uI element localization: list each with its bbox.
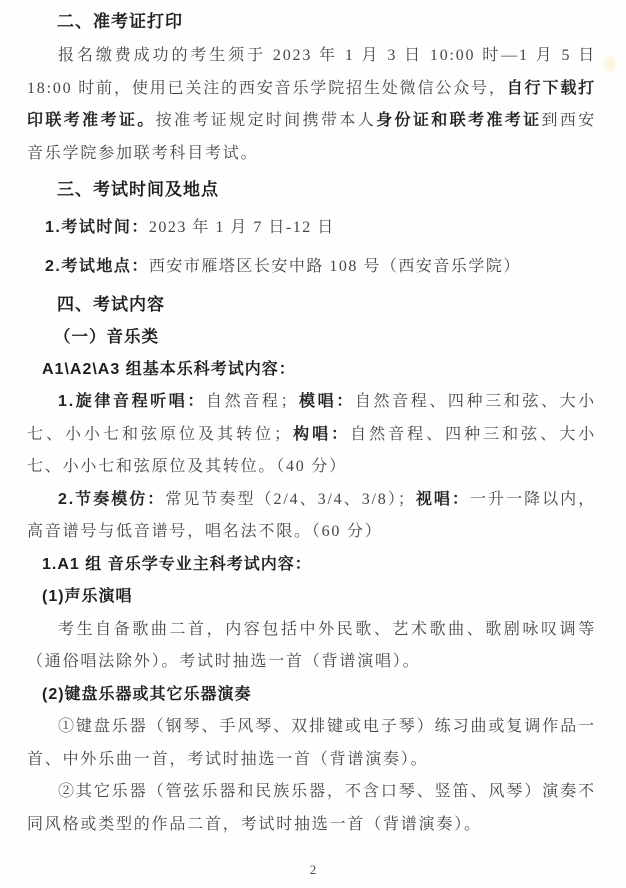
exam-place-item: 2.考试地点：西安市雁塔区长安中路 108 号（西安音乐学院） [27,251,596,284]
exam-place-value: 西安市雁塔区长安中路 108 号（西安音乐学院） [149,258,521,275]
text-run-bold: 视唱： [416,491,470,508]
text-run-bold: 身份证和联考准考证 [376,112,541,129]
exam-time-label: 1.考试时间： [45,219,149,236]
exam-place-label: 2.考试地点： [45,258,149,275]
page-number: 2 [0,862,626,878]
text-run: 自然音程； [206,393,298,410]
text-run: 按准考证规定时间携带本人 [156,112,376,129]
document-page: 二、准考证打印 报名缴费成功的考生须于 2023 年 1 月 3 日 10:00… [0,0,626,888]
section-heading-exam-schedule: 三、考试时间及地点 [27,174,596,206]
text-run: 常见节奏型（2/4、3/4、3/8）； [165,491,415,508]
subsection-heading-music-category: （一）音乐类 [27,321,596,354]
basic-theory-item-1: 1.旋律音程听唱：自然音程；模唱：自然音程、四种三和弦、大小七、小小七和弦原位及… [27,386,596,484]
exam-time-value: 2023 年 1 月 7 日-12 日 [149,219,335,236]
basic-theory-item-2: 2.节奏模仿：常见节奏型（2/4、3/4、3/8）；视唱：一升一降以内，高音谱号… [27,484,596,549]
subsection-heading-basic-theory: A1\A2\A3 组基本乐科考试内容： [27,354,596,387]
text-run-bold: 2.节奏模仿： [58,491,165,508]
text-run-bold: 构唱： [292,426,350,443]
text-run-bold: 1.旋律音程听唱： [58,393,206,410]
subsection-heading-vocal: (1)声乐演唱 [27,581,596,614]
keyboard-instrument-paragraph: ①键盘乐器（钢琴、手风琴、双排键或电子琴）练习曲或复调作品一首、中外乐曲一首，考… [27,711,596,776]
section-heading-ticket-print: 二、准考证打印 [27,6,596,38]
other-instrument-paragraph: ②其它乐器（管弦乐器和民族乐器，不含口琴、竖笛、风琴）演奏不同风格或类型的作品二… [27,776,596,841]
exam-time-item: 1.考试时间：2023 年 1 月 7 日-12 日 [27,212,596,245]
scan-smudge-artifact [602,52,618,76]
subsection-heading-a1-group: 1.A1 组 音乐学专业主科考试内容： [27,549,596,582]
text-run-bold: 模唱： [298,393,355,410]
subsection-heading-instrument: (2)键盘乐器或其它乐器演奏 [27,679,596,712]
vocal-paragraph: 考生自备歌曲二首，内容包括中外民歌、艺术歌曲、歌剧咏叹调等（通俗唱法除外）。考试… [27,614,596,679]
ticket-print-paragraph: 报名缴费成功的考生须于 2023 年 1 月 3 日 10:00 时—1 月 5… [27,40,596,170]
section-heading-exam-content: 四、考试内容 [27,289,596,321]
